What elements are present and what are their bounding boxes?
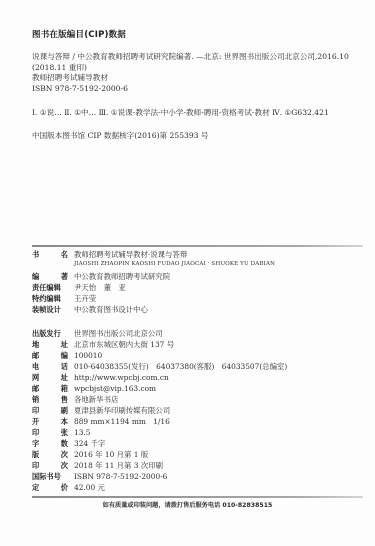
value-edition: 2016 年 10 月第 1 版 — [74, 449, 148, 460]
row-isbn: 国际书号 ISBN 978-7-5192-2000-6 — [32, 471, 167, 482]
label-address: 地址 — [32, 339, 68, 350]
label-special-editor: 特约编辑 — [32, 293, 68, 304]
value-sheets: 13.5 — [74, 427, 90, 438]
cip-line-series: 教师招聘考试辅导教材 — [32, 73, 108, 83]
value-sales: 各地新华书店 — [74, 394, 118, 405]
value-format: 889 mm×1194 mm 1/16 — [74, 416, 170, 427]
label-printing: 印次 — [32, 460, 68, 471]
row-word-count: 字数 324 千字 — [32, 438, 105, 449]
row-postcode: 邮编 100010 — [32, 350, 102, 361]
label-book-title: 书名 — [32, 249, 68, 260]
value-editor: 尹天怡 董 亚 — [74, 282, 126, 293]
label-publisher: 出版发行 — [32, 328, 68, 339]
label-author: 编著 — [32, 271, 68, 282]
cip-line-title: 说课与答辩 / 中公教育教师招聘考试研究院编著. —北京: 世界图书出版公司北京… — [32, 52, 349, 62]
top-divider — [32, 245, 363, 247]
row-phone: 电话 010-64038355(发行) 64037380(客服) 6403350… — [32, 361, 287, 372]
cip-line-isbn: ISBN 978-7-5192-2000-6 — [32, 84, 128, 94]
row-address: 地址 北京市东城区朝内大街 137 号 — [32, 339, 174, 350]
label-price: 定价 — [32, 482, 68, 493]
value-address: 北京市东城区朝内大街 137 号 — [74, 339, 174, 350]
label-email: 邮箱 — [32, 383, 68, 394]
value-email: wpcbjst@vip.163.com — [74, 383, 156, 394]
row-book-title: 书名 教师招聘考试辅导教材·说课与答辩 — [32, 249, 187, 260]
value-printing: 2018 年 11 月第 3 次印刷 — [74, 460, 163, 471]
value-book-title: 教师招聘考试辅导教材·说课与答辩 — [74, 249, 187, 260]
label-editor: 责任编辑 — [32, 282, 68, 293]
row-edition: 版次 2016 年 10 月第 1 版 — [32, 449, 148, 460]
value-design: 中公教育图书设计中心 — [74, 304, 148, 315]
row-author: 编著 中公教育教师招聘考试研究院 — [32, 271, 170, 282]
bottom-divider — [32, 496, 363, 498]
label-format: 开本 — [32, 416, 68, 427]
value-author: 中公教育教师招聘考试研究院 — [74, 271, 170, 282]
value-printer: 夏津县新华印刷传媒有限公司 — [74, 405, 170, 416]
label-design: 装帧设计 — [32, 304, 68, 315]
value-special-editor: 王卉莹 — [74, 293, 96, 304]
row-sheets: 印张 13.5 — [32, 427, 90, 438]
book-title-pinyin: JIAOSHI ZHAOPIN KAOSHI FUDAO JIAOCAI · S… — [74, 261, 275, 267]
label-phone: 电话 — [32, 361, 68, 372]
value-price: 42.00 元 — [74, 482, 105, 493]
row-printer: 印刷 夏津县新华印刷传媒有限公司 — [32, 405, 170, 416]
row-price: 定价 42.00 元 — [32, 482, 105, 493]
label-postcode: 邮编 — [32, 350, 68, 361]
value-postcode: 100010 — [74, 350, 102, 361]
cip-classification: Ⅰ. ①说… Ⅱ. ①中… Ⅲ. ①说课-教学法-中小学-教师-聘用-资格考试-… — [32, 108, 329, 118]
copyright-page: 图书在版编目(CIP)数据 说课与答辩 / 中公教育教师招聘考试研究院编著. —… — [0, 0, 375, 546]
row-publisher: 出版发行 世界图书出版公司北京公司 — [32, 328, 163, 339]
after-sales-note: 如有质量或印装问题，请拨打售后服务电话 010-82838515 — [0, 500, 375, 509]
label-website: 网址 — [32, 372, 68, 383]
label-edition: 版次 — [32, 449, 68, 460]
value-isbn: ISBN 978-7-5192-2000-6 — [74, 471, 167, 482]
cip-record-number: 中国版本图书馆 CIP 数据核字(2016)第 255393 号 — [32, 131, 209, 141]
value-publisher: 世界图书出版公司北京公司 — [74, 328, 163, 339]
value-website: http://www.wpcbj.com.cn — [74, 372, 169, 383]
cip-heading: 图书在版编目(CIP)数据 — [32, 28, 126, 40]
label-isbn: 国际书号 — [32, 471, 68, 482]
value-phone: 010-64038355(发行) 64037380(客服) 64033507(总… — [74, 361, 287, 372]
row-email: 邮箱 wpcbjst@vip.163.com — [32, 383, 156, 394]
value-word-count: 324 千字 — [74, 438, 105, 449]
label-sales: 销售 — [32, 394, 68, 405]
row-website: 网址 http://www.wpcbj.com.cn — [32, 372, 169, 383]
row-design: 装帧设计 中公教育图书设计中心 — [32, 304, 148, 315]
row-editor: 责任编辑 尹天怡 董 亚 — [32, 282, 126, 293]
row-sales: 销售 各地新华书店 — [32, 394, 118, 405]
row-special-editor: 特约编辑 王卉莹 — [32, 293, 96, 304]
label-printer: 印刷 — [32, 405, 68, 416]
label-word-count: 字数 — [32, 438, 68, 449]
cip-line-reprint: (2018.11 重印) — [32, 63, 87, 73]
label-sheets: 印张 — [32, 427, 68, 438]
row-printing: 印次 2018 年 11 月第 3 次印刷 — [32, 460, 163, 471]
row-format: 开本 889 mm×1194 mm 1/16 — [32, 416, 170, 427]
